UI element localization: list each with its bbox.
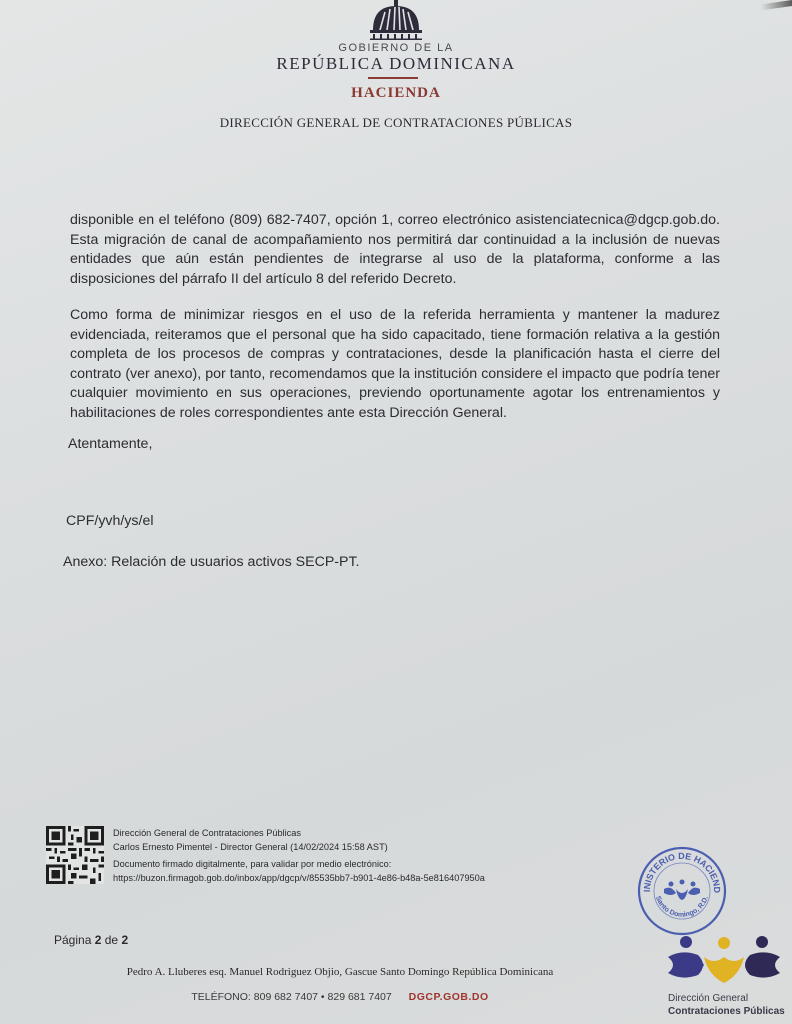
svg-text:MINISTERIO DE HACIENDA: MINISTERIO DE HACIENDA [636,845,722,894]
agency-name: DIRECCIÓN GENERAL DE CONTRATACIONES PÚBL… [0,115,792,131]
signer-name-date: Carlos Ernesto Pimentel - Director Gener… [113,840,633,854]
ministry-name: HACIENDA [0,85,792,102]
footer-contact: TELÉFONO: 809 682 7407 • 829 681 7407 DG… [90,991,590,1003]
republic-name: REPÚBLICA DOMINICANA [0,54,792,74]
logo-caption-line2: Contrataciones Públicas [668,1006,785,1017]
page-edge-shadow [760,0,792,10]
government-label: GOBIERNO DE LA [0,42,792,54]
qr-code-icon[interactable] [46,826,104,884]
footer-address: Pedro A. Lluberes esq. Manuel Rodriguez … [90,966,590,978]
page-total: 2 [121,933,128,947]
page-separator: de [105,933,118,947]
closing-salutation: Atentamente, [68,436,152,452]
header-divider [368,77,418,79]
validation-url[interactable]: https://buzon.firmagob.gob.do/inbox/app/… [113,871,633,885]
national-palace-dome-icon [367,0,425,40]
document-page: GOBIERNO DE LA REPÚBLICA DOMINICANA HACI… [0,0,792,1024]
footer-phones: TELÉFONO: 809 682 7407 • 829 681 7407 [191,991,391,1003]
official-seal-stamp-icon: MINISTERIO DE HACIENDA Santo Domingo, R.… [636,845,728,937]
logo-caption-line1: Dirección General [668,993,748,1004]
body-paragraph: Como forma de minimizar riesgos en el us… [70,306,720,423]
dgcp-logo-icon [668,935,780,985]
page-number: Página 2 de 2 [54,933,128,947]
signature-details: Dirección General de Contrataciones Públ… [113,826,633,885]
footer-website-link[interactable]: DGCP.GOB.DO [409,991,489,1003]
page-prefix: Página [54,933,91,947]
page-current: 2 [95,933,102,947]
body-paragraph: disponible en el teléfono (809) 682-7407… [70,211,720,289]
signer-organization: Dirección General de Contrataciones Públ… [113,826,633,840]
validation-note: Documento firmado digitalmente, para val… [113,857,633,871]
annex-note: Anexo: Relación de usuarios activos SECP… [63,554,360,570]
reference-initials: CPF/yvh/ys/el [66,513,154,529]
